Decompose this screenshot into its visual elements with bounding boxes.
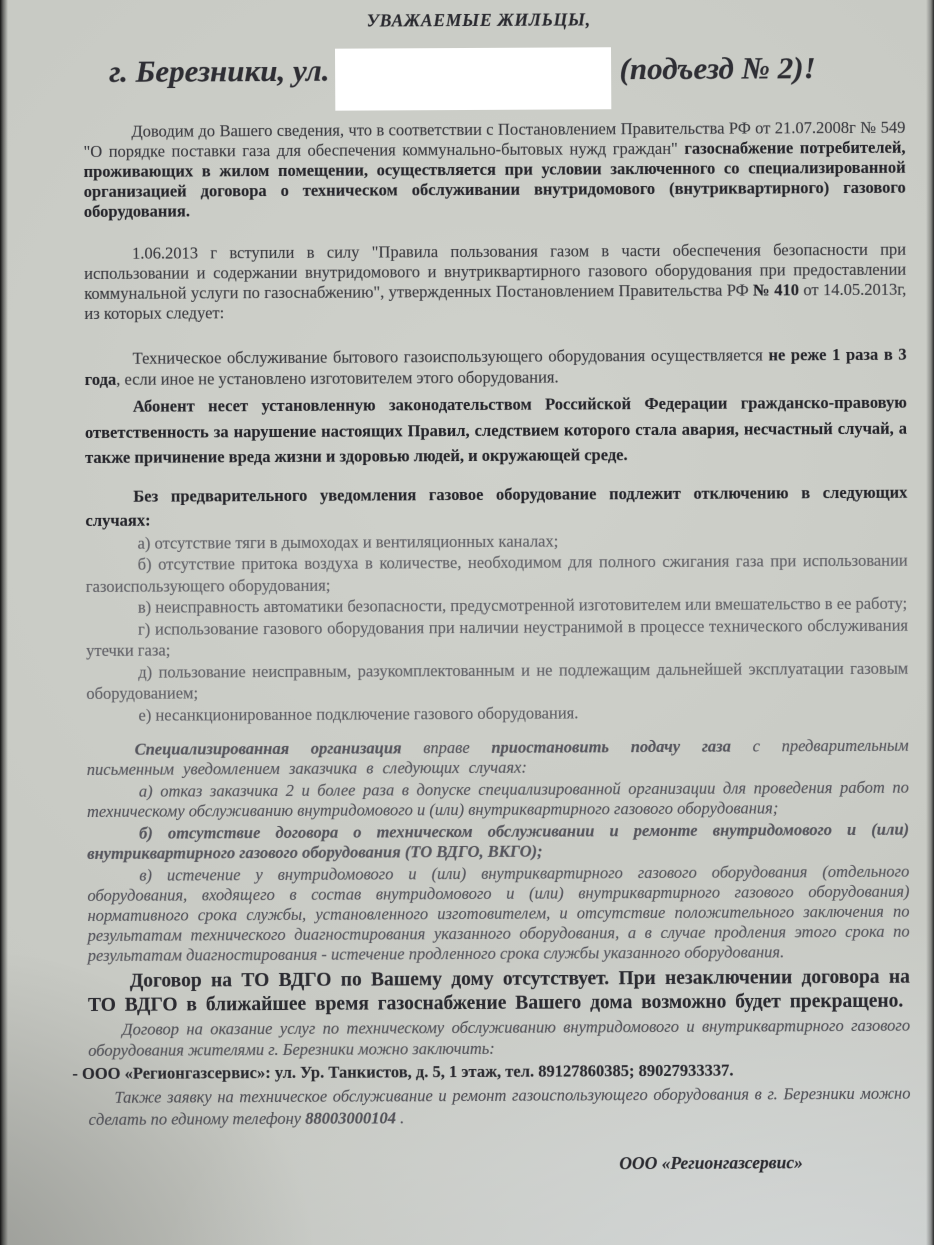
- notice-page: УВАЖАЕМЫЕ ЖИЛЬЦЫ, г. Березники, ул.(подъ…: [0, 0, 934, 1245]
- suspension-section: Специализированная организация вправе пр…: [87, 736, 910, 966]
- shutdown-item-b: б) отсутствие притока воздуха в количест…: [86, 550, 908, 597]
- suspension-item-v: в) истечение у внутридомового и (или) вн…: [87, 862, 910, 966]
- address-suffix: (подъезд № 2)!: [619, 50, 815, 86]
- suspension-lead: Специализированная организация вправе пр…: [87, 736, 909, 780]
- signature-line: ООО «Регионгазсервис»: [89, 1152, 803, 1176]
- shutdown-list: а) отсутствие тяги в дымоходах и вентиля…: [86, 528, 909, 726]
- liability-paragraph: Абонент несет установленную законодатель…: [85, 390, 907, 471]
- notice-title: УВАЖАЕМЫЕ ЖИЛЬЦЫ,: [83, 8, 875, 32]
- request-regular-2: .: [396, 1108, 404, 1127]
- service-regular-1: Техническое обслуживание бытового газоис…: [133, 345, 769, 367]
- provider-line: - ООО «Регионгазсервис»: ул. Ур. Танкист…: [72, 1059, 910, 1085]
- intro-paragraph-1: Доводим до Вашего сведения, что в соотве…: [83, 118, 906, 222]
- service-paragraph: Техническое обслуживание бытового газоис…: [85, 344, 907, 390]
- suspension-lead-bold-1: Специализированная организация: [135, 738, 424, 759]
- shutdown-item-e: е) несанкционированное подключение газов…: [86, 700, 908, 726]
- suspension-lead-regular-1: вправе: [423, 738, 491, 757]
- shutdown-item-g: г) использование газового оборудования п…: [86, 614, 908, 661]
- request-phone: 88003000104: [305, 1108, 396, 1127]
- shutdown-heading: Без предварительного уведомления газовое…: [85, 480, 907, 532]
- shutdown-item-d: д) пользование неисправным, разукомплект…: [86, 657, 908, 704]
- address-line: г. Березники, ул.(подъезд № 2)!: [109, 40, 905, 106]
- suspension-lead-bold-2: приостановить подачу газа: [491, 737, 752, 757]
- warning-paragraph: Договор на ТО ВДГО по Вашему дому отсутс…: [88, 966, 910, 1017]
- suspension-item-b: б) отсутствие договора о техническом обс…: [87, 820, 909, 864]
- redaction-box: [335, 47, 611, 110]
- contract-intro: Договор на оказание услуг по техническом…: [88, 1015, 910, 1061]
- service-regular-2: , если иное не установлено изготовителем…: [116, 368, 559, 389]
- suspension-item-a: а) отказ заказчика 2 и более раза в допу…: [87, 778, 909, 822]
- intro-p2-bold: № 410: [753, 280, 799, 299]
- intro-paragraph-2: 1.06.2013 г вступили в силу "Правила пол…: [84, 240, 906, 324]
- request-paragraph: Также заявку на техническое обслуживание…: [88, 1083, 910, 1130]
- document-photo: УВАЖАЕМЫЕ ЖИЛЬЦЫ, г. Березники, ул.(подъ…: [0, 0, 934, 1245]
- address-prefix: г. Березники, ул.: [109, 53, 330, 89]
- request-regular-1: Также заявку на техническое обслуживание…: [89, 1084, 911, 1129]
